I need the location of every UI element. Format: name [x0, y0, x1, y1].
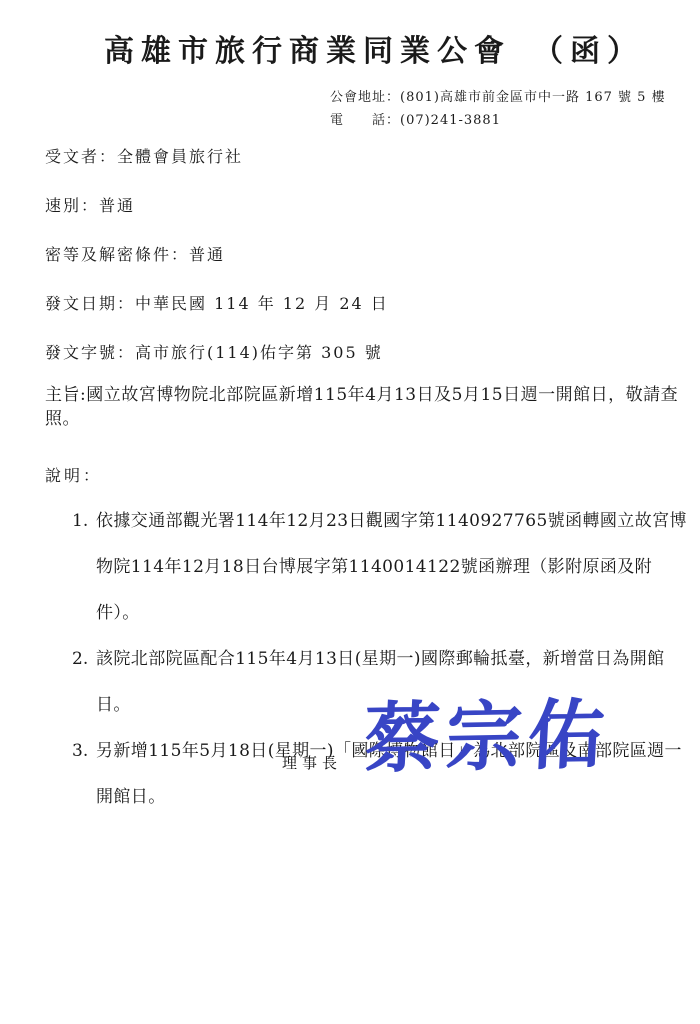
association-contact-block: 公會地址：(801)高雄市前金區市中一路 167 號 5 樓 電 話：(07)2… — [330, 86, 700, 132]
item-1-text: 依據交通部觀光署114年12月23日觀國字第1140927765號函轉國立故宮博… — [96, 498, 691, 636]
field-doc-number: 發文字號：高市旅行(114)佑字第 305 號 — [45, 340, 700, 363]
item-2-number: 2. — [72, 636, 96, 682]
signature-block: 理事長 蔡宗佑 — [282, 688, 610, 787]
explanation-item-1: 1. 依據交通部觀光署114年12月23日觀國字第1140927765號函轉國立… — [72, 498, 700, 636]
subject-line: 主旨:國立故宮博物院北部院區新增115年4月13日及5月15日週一開館日，敬請查… — [45, 383, 694, 431]
letter-page: 高雄市旅行商業同業公會 （函） 公會地址：(801)高雄市前金區市中一路 167… — [0, 0, 700, 1024]
item-3-number: 3. — [72, 728, 96, 774]
header-fields: 受文者：全體會員旅行社 速別：普通 密等及解密條件：普通 發文日期：中華民國 1… — [45, 144, 700, 363]
association-address: 公會地址：(801)高雄市前金區市中一路 167 號 5 樓 — [330, 86, 700, 109]
chairman-title-label: 理事長 — [282, 752, 364, 787]
field-recipient: 受文者：全體會員旅行社 — [45, 144, 700, 167]
chairman-signature: 蔡宗佑 — [361, 686, 612, 789]
field-security: 密等及解密條件：普通 — [45, 242, 700, 265]
explanation-heading: 說明： — [45, 463, 700, 486]
item-1-number: 1. — [72, 498, 96, 544]
document-title: 高雄市旅行商業同業公會 （函） — [0, 0, 700, 70]
association-phone: 電 話：(07)241-3881 — [330, 109, 700, 132]
field-issue-date: 發文日期：中華民國 114 年 12 月 24 日 — [45, 291, 700, 314]
field-speed: 速別：普通 — [45, 193, 700, 216]
